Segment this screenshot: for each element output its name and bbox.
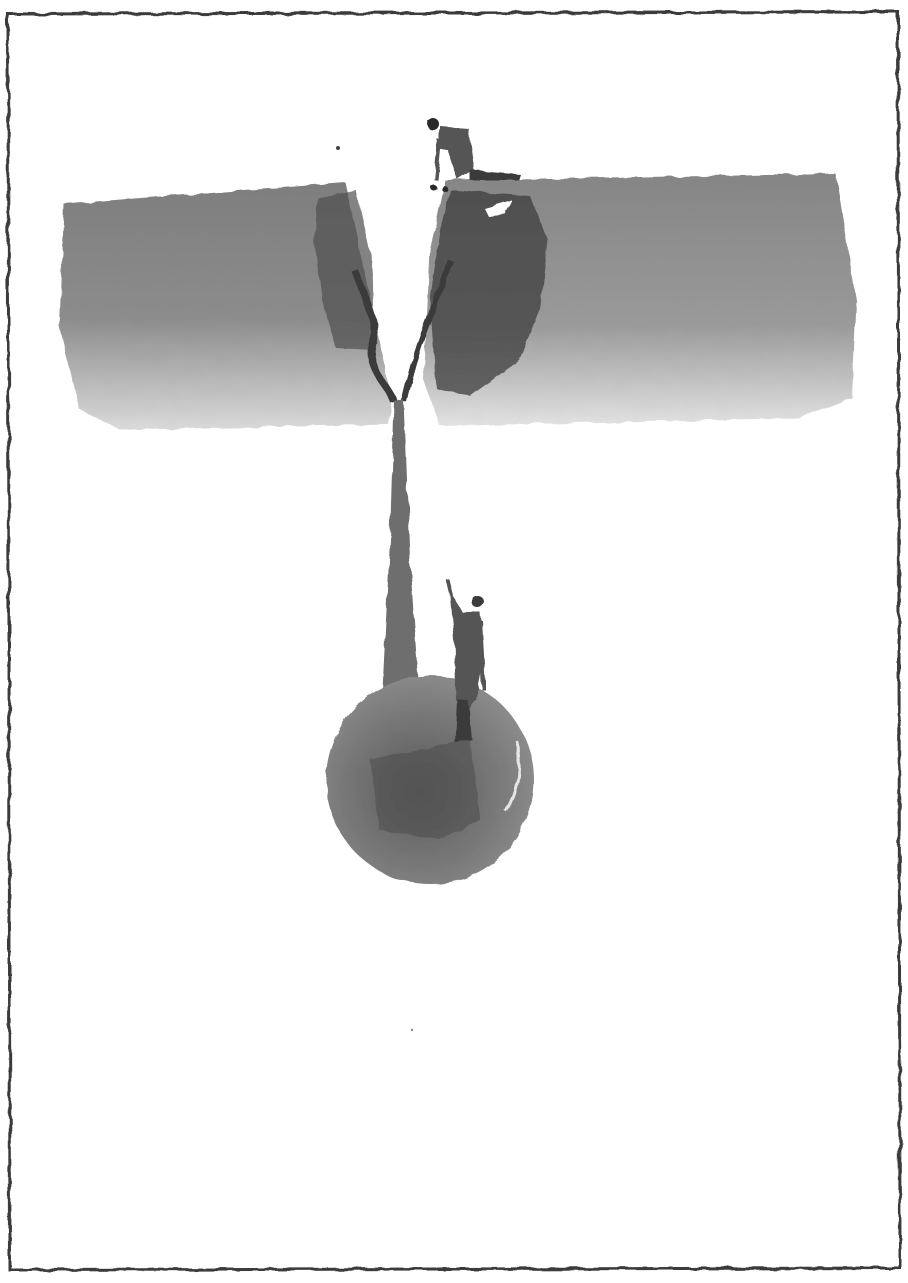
right-ink-block <box>424 174 856 426</box>
left-ink-block <box>60 182 392 430</box>
ink-pool <box>326 676 534 884</box>
ink-speck <box>411 1029 413 1031</box>
ink-speck <box>336 146 340 150</box>
artwork-canvas <box>0 0 908 1283</box>
